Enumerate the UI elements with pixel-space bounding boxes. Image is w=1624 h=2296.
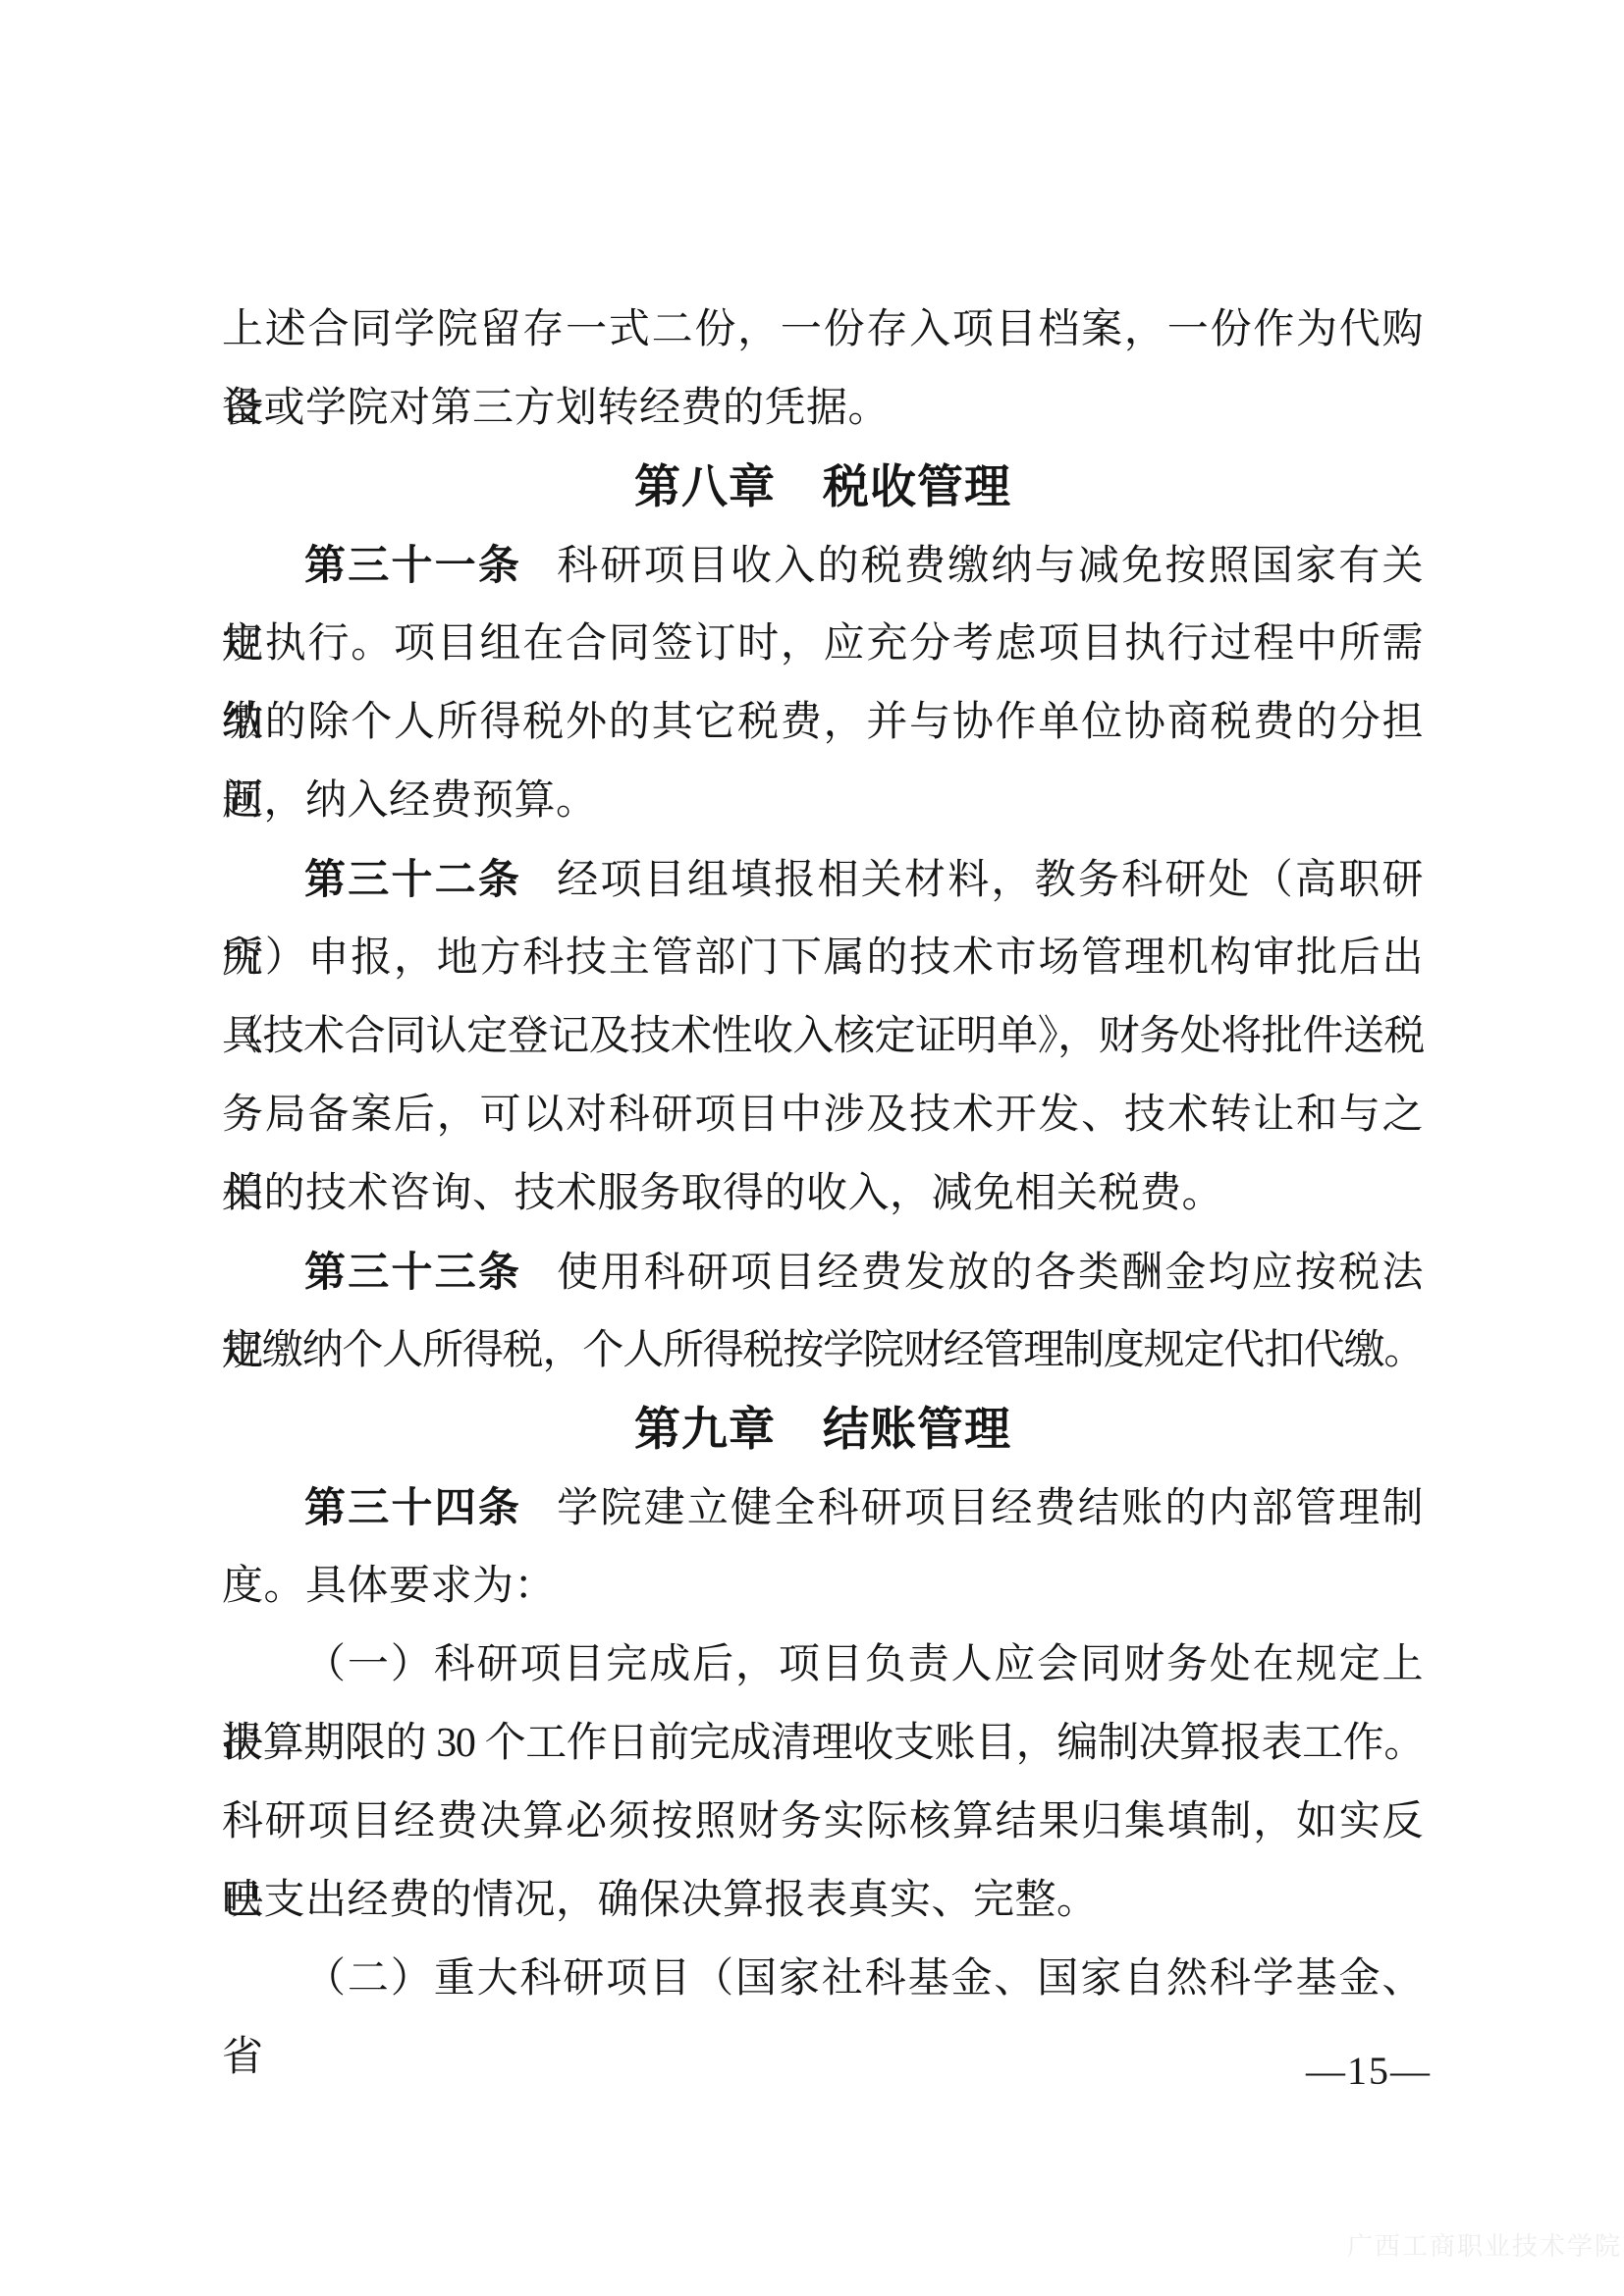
text-line: 备或学院对第三方划转经费的凭据。: [222, 369, 1424, 448]
text-line: 第三十二条经项目组填报相关材料，教务科研处（高职研究: [222, 840, 1424, 919]
document-page: { "page_number": "—15—", "watermark": "广…: [0, 0, 1624, 2296]
chapter-heading: 第八章 税收管理: [222, 448, 1424, 526]
watermark: 广西工商职业技术学院: [1347, 2226, 1622, 2263]
text-line: 科研项目经费决算必须按照财务实际核算结果归集填制，如实反映: [222, 1783, 1424, 1861]
text-line: 决算期限的 30 个工作日前完成清理收支账目，编制决算报表工作。: [222, 1704, 1424, 1783]
article-number: 第三十一条: [304, 542, 521, 588]
text-line: 题，纳入经费预算。: [222, 762, 1424, 840]
text-line: 第三十一条科研项目收入的税费缴纳与减免按照国家有关规: [222, 526, 1424, 605]
document-body: 上述合同学院留存一式二份，一份存入项目档案，一份作为代购设备或学院对第三方划转经…: [222, 291, 1424, 2018]
text-line: 上述合同学院留存一式二份，一份存入项目档案，一份作为代购设: [222, 291, 1424, 369]
page-number: —15—: [1306, 2048, 1432, 2094]
text-line: 度。具体要求为：: [222, 1547, 1424, 1626]
text-line: 所）申报，地方科技主管部门下属的技术市场管理机构审批后出具: [222, 919, 1424, 997]
text-line: 第三十四条学院建立健全科研项目经费结账的内部管理制: [222, 1468, 1424, 1547]
text-line: 定执行。项目组在合同签订时，应充分考虑项目执行过程中所需缴: [222, 605, 1424, 683]
text-line: 定缴纳个人所得税，个人所得税按学院财经管理制度规定代扣代缴。: [222, 1311, 1424, 1390]
text-line: （一）科研项目完成后，项目负责人应会同财务处在规定上报: [222, 1626, 1424, 1704]
text-line: 已支出经费的情况，确保决算报表真实、完整。: [222, 1861, 1424, 1940]
text-line: （二）重大科研项目（国家社科基金、国家自然科学基金、省: [222, 1940, 1424, 2018]
article-number: 第三十四条: [304, 1484, 521, 1530]
text-line: 纳的除个人所得税外的其它税费，并与协作单位协商税费的分担问: [222, 683, 1424, 762]
text-line: 《技术合同认定登记及技术性收入核定证明单》，财务处将批件送税: [222, 997, 1424, 1076]
text-line: 务局备案后，可以对科研项目中涉及技术开发、技术转让和与之相: [222, 1076, 1424, 1154]
text-line: 关的技术咨询、技术服务取得的收入，减免相关税费。: [222, 1154, 1424, 1233]
article-number: 第三十三条: [304, 1249, 521, 1295]
article-number: 第三十二条: [304, 856, 521, 902]
text-line: 第三十三条使用科研项目经费发放的各类酬金均应按税法规: [222, 1233, 1424, 1311]
article-text: 学院建立健全科研项目经费结账的内部管理制: [557, 1486, 1424, 1531]
chapter-heading: 第九章 结账管理: [222, 1390, 1424, 1468]
